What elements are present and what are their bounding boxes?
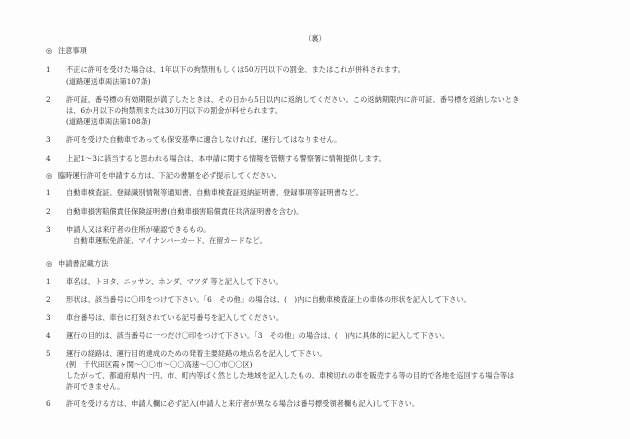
item-number: 3 bbox=[46, 313, 51, 323]
item-text: 許可を受けた自動車であっても保安基準に適合しなければ、運行してはなりません。 bbox=[66, 135, 341, 145]
item-text: (例 千代田区霞ヶ関～〇〇市～〇〇高速～〇〇市〇〇区) bbox=[66, 360, 253, 370]
item-text: 許可できません。 bbox=[66, 382, 124, 392]
section-heading-required-documents: ◎臨時運行許可を申請する方は、下記の書類を必ず提示してください。 bbox=[46, 171, 281, 181]
item-text: 運行の経路は、運行目的達成のための発着主要経路の地点名を記入して下さい。 bbox=[66, 349, 327, 359]
item-text: 自動車検査証、登録識別情報等通知書、自動車検査証返納証明書、登録事項等証明書など… bbox=[66, 188, 363, 198]
item-text: は、6か月以下の拘禁刑または30万円以下の罰金が科せられます。 bbox=[66, 106, 282, 116]
item-text: (道路運送車両法第108条) bbox=[66, 117, 151, 127]
item-text: 許可を受ける方は、申請人欄に必ず記入(申請人と来庁者が異なる場合は番号標受領者欄… bbox=[66, 399, 419, 409]
item-number: 2 bbox=[46, 207, 51, 217]
item-number: 3 bbox=[46, 225, 51, 235]
item-number: 1 bbox=[46, 65, 51, 75]
item-text: 不正に許可を受けた場合は、1年以下の拘禁刑もしくは50万円以下の罰金、またはこれ… bbox=[66, 65, 405, 75]
item-text: 自動車運転免許証、マイナンバーカード、在留カードなど。 bbox=[66, 236, 267, 246]
item-number: 1 bbox=[46, 277, 51, 287]
item-number: 4 bbox=[46, 331, 51, 341]
double-circle-icon: ◎ bbox=[46, 259, 58, 269]
item-text: 運行の目的は、該当番号に一つだけ〇印をつけて下さい。「3 その他」の場合は、( … bbox=[66, 331, 449, 341]
document-page: （裏） ◎注意事項 1 不正に許可を受けた場合は、1年以下の拘禁刑もしくは50万… bbox=[0, 0, 630, 439]
item-number: 2 bbox=[46, 295, 51, 305]
double-circle-icon: ◎ bbox=[46, 46, 58, 56]
section-heading-how-to-fill: ◎申請書記載方法 bbox=[46, 259, 108, 269]
item-text: 自動車損害賠償責任保険証明書(自動車損害賠償責任共済証明書を含む)。 bbox=[66, 207, 303, 217]
item-number: 6 bbox=[46, 399, 51, 409]
item-number: 5 bbox=[46, 349, 51, 359]
item-number: 3 bbox=[46, 135, 51, 145]
section-heading-notes: ◎注意事項 bbox=[46, 46, 87, 56]
item-text: 車名は、トヨタ、ニッサン、ホンダ、マツダ 等と記入して下さい。 bbox=[66, 277, 283, 287]
item-text: 上記1～3に該当すると思われる場合は、本申請に関する情報を管轄する警察署に情報提… bbox=[66, 154, 386, 164]
item-text: 申請人又は来庁者の住所が確認できるもの。 bbox=[66, 225, 210, 235]
item-text: 許可証、番号標の有効期限が満了したときは、その日から5日以内に返納してください。… bbox=[66, 95, 519, 105]
page-title: （裏） bbox=[0, 34, 630, 44]
item-text: したがって、都道府県内一円、市、町内等ばく然とした地域を記入したもの、車検切れの… bbox=[66, 371, 514, 381]
item-text: (道路運送車両法第107条) bbox=[66, 77, 151, 87]
item-text: 車台番号は、車台に打刻されている記号番号を記入してください。 bbox=[66, 313, 283, 323]
item-number: 4 bbox=[46, 154, 51, 164]
item-number: 2 bbox=[46, 95, 51, 105]
item-text: 形状は、該当番号に〇印をつけて下さい。「6 その他」の場合は、( )内に自動車検… bbox=[66, 295, 471, 305]
double-circle-icon: ◎ bbox=[46, 171, 58, 181]
item-number: 1 bbox=[46, 188, 51, 198]
